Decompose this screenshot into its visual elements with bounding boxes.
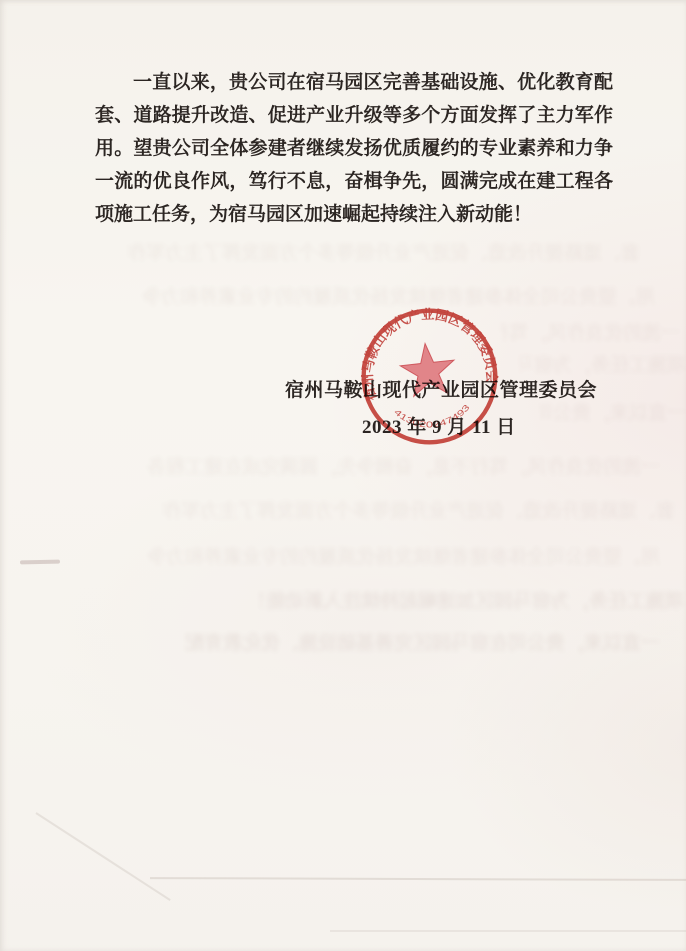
- bleed-through-line: 项施工任务，为宿马园区加速崛起持续注入新动能！: [88, 586, 684, 613]
- stray-mark: [20, 560, 60, 565]
- paragraph-line: 用。望贵公司全体参建者继续发扬优质履约的专业素养和力争: [95, 132, 613, 165]
- paragraph-line: 一流的优良作风，笃行不息，奋楫争先，圆满完成在建工程各: [95, 165, 613, 198]
- bleed-through-line: 用。望贵公司全体参建者继续发扬优质履约的专业素养和力争: [75, 282, 655, 309]
- paper-crease: [150, 877, 686, 881]
- bleed-through-line: 套、道路提升改造、促进产业升级等多个方面发挥了主力军作: [85, 238, 640, 265]
- scanned-letter-page: 套、道路提升改造、促进产业升级等多个方面发挥了主力军作 用。望贵公司全体参建者继…: [0, 0, 686, 951]
- bleed-through-line: 用。望贵公司全体参建者继续发扬优质履约的专业素养和力争: [70, 542, 660, 569]
- svg-text:413020247493: 413020247493: [392, 399, 474, 433]
- bleed-through-line: 一直以来，贵公司在宿马园区完善基础设施、优化教育配: [540, 398, 686, 425]
- bleed-through-line: 项施工任务，为宿马园区加速崛起持续注入新动能！: [520, 350, 686, 377]
- seal-code: 413020247493: [392, 399, 474, 433]
- letter-body: 一直以来，贵公司在宿马园区完善基础设施、优化教育配 套、道路提升改造、促进产业升…: [95, 66, 613, 231]
- bleed-through-line: 套、道路提升改造、促进产业升级等多个方面发挥了主力军作: [75, 496, 675, 523]
- paragraph-line: 一直以来，贵公司在宿马园区完善基础设施、优化教育配: [95, 66, 613, 99]
- official-seal: 宿州马鞍山现代产业园区管理委员会 413020247493: [352, 299, 507, 454]
- bleed-through-line: 一直以来，贵公司在宿马园区完善基础设施、优化教育配: [100, 628, 660, 655]
- paragraph-line: 套、道路提升改造、促进产业升级等多个方面发挥了主力军作: [95, 99, 613, 132]
- bleed-through-line: 一流的优良作风，笃行不息，奋楫争先，圆满完成在建工程各: [90, 452, 660, 479]
- paragraph-line: 项施工任务，为宿马园区加速崛起持续注入新动能！: [95, 198, 613, 231]
- paper-crease: [35, 812, 170, 901]
- bleed-through-line: 一流的优良作风，笃行不息，奋楫争先，圆满完成在建工程各: [500, 318, 680, 345]
- paper-crease: [330, 930, 686, 932]
- seal-star-icon: [398, 341, 457, 398]
